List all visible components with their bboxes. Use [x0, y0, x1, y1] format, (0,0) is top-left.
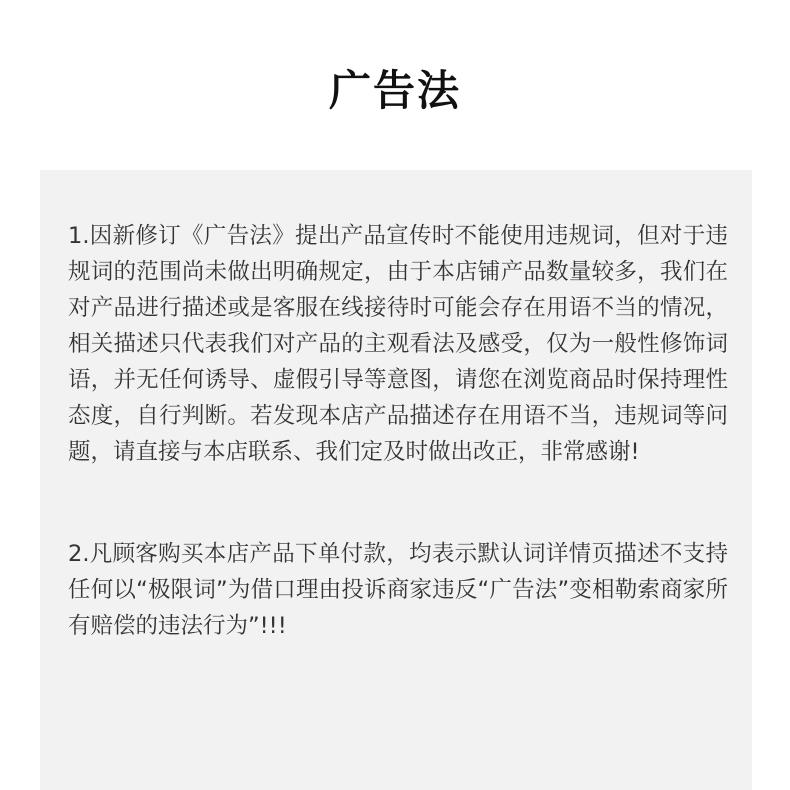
notice-paragraph-1: 1.因新修订《广告法》提出产品宣传时不能使用违规词，但对于违规词的范围尚未做出明…	[68, 218, 728, 470]
page-title: 广告法	[0, 58, 790, 118]
notice-panel: 1.因新修订《广告法》提出产品宣传时不能使用违规词，但对于违规词的范围尚未做出明…	[40, 170, 752, 790]
notice-paragraph-2: 2.凡顾客购买本店产品下单付款，均表示默认词详情页描述不支持任何以“极限词”为借…	[68, 536, 728, 644]
